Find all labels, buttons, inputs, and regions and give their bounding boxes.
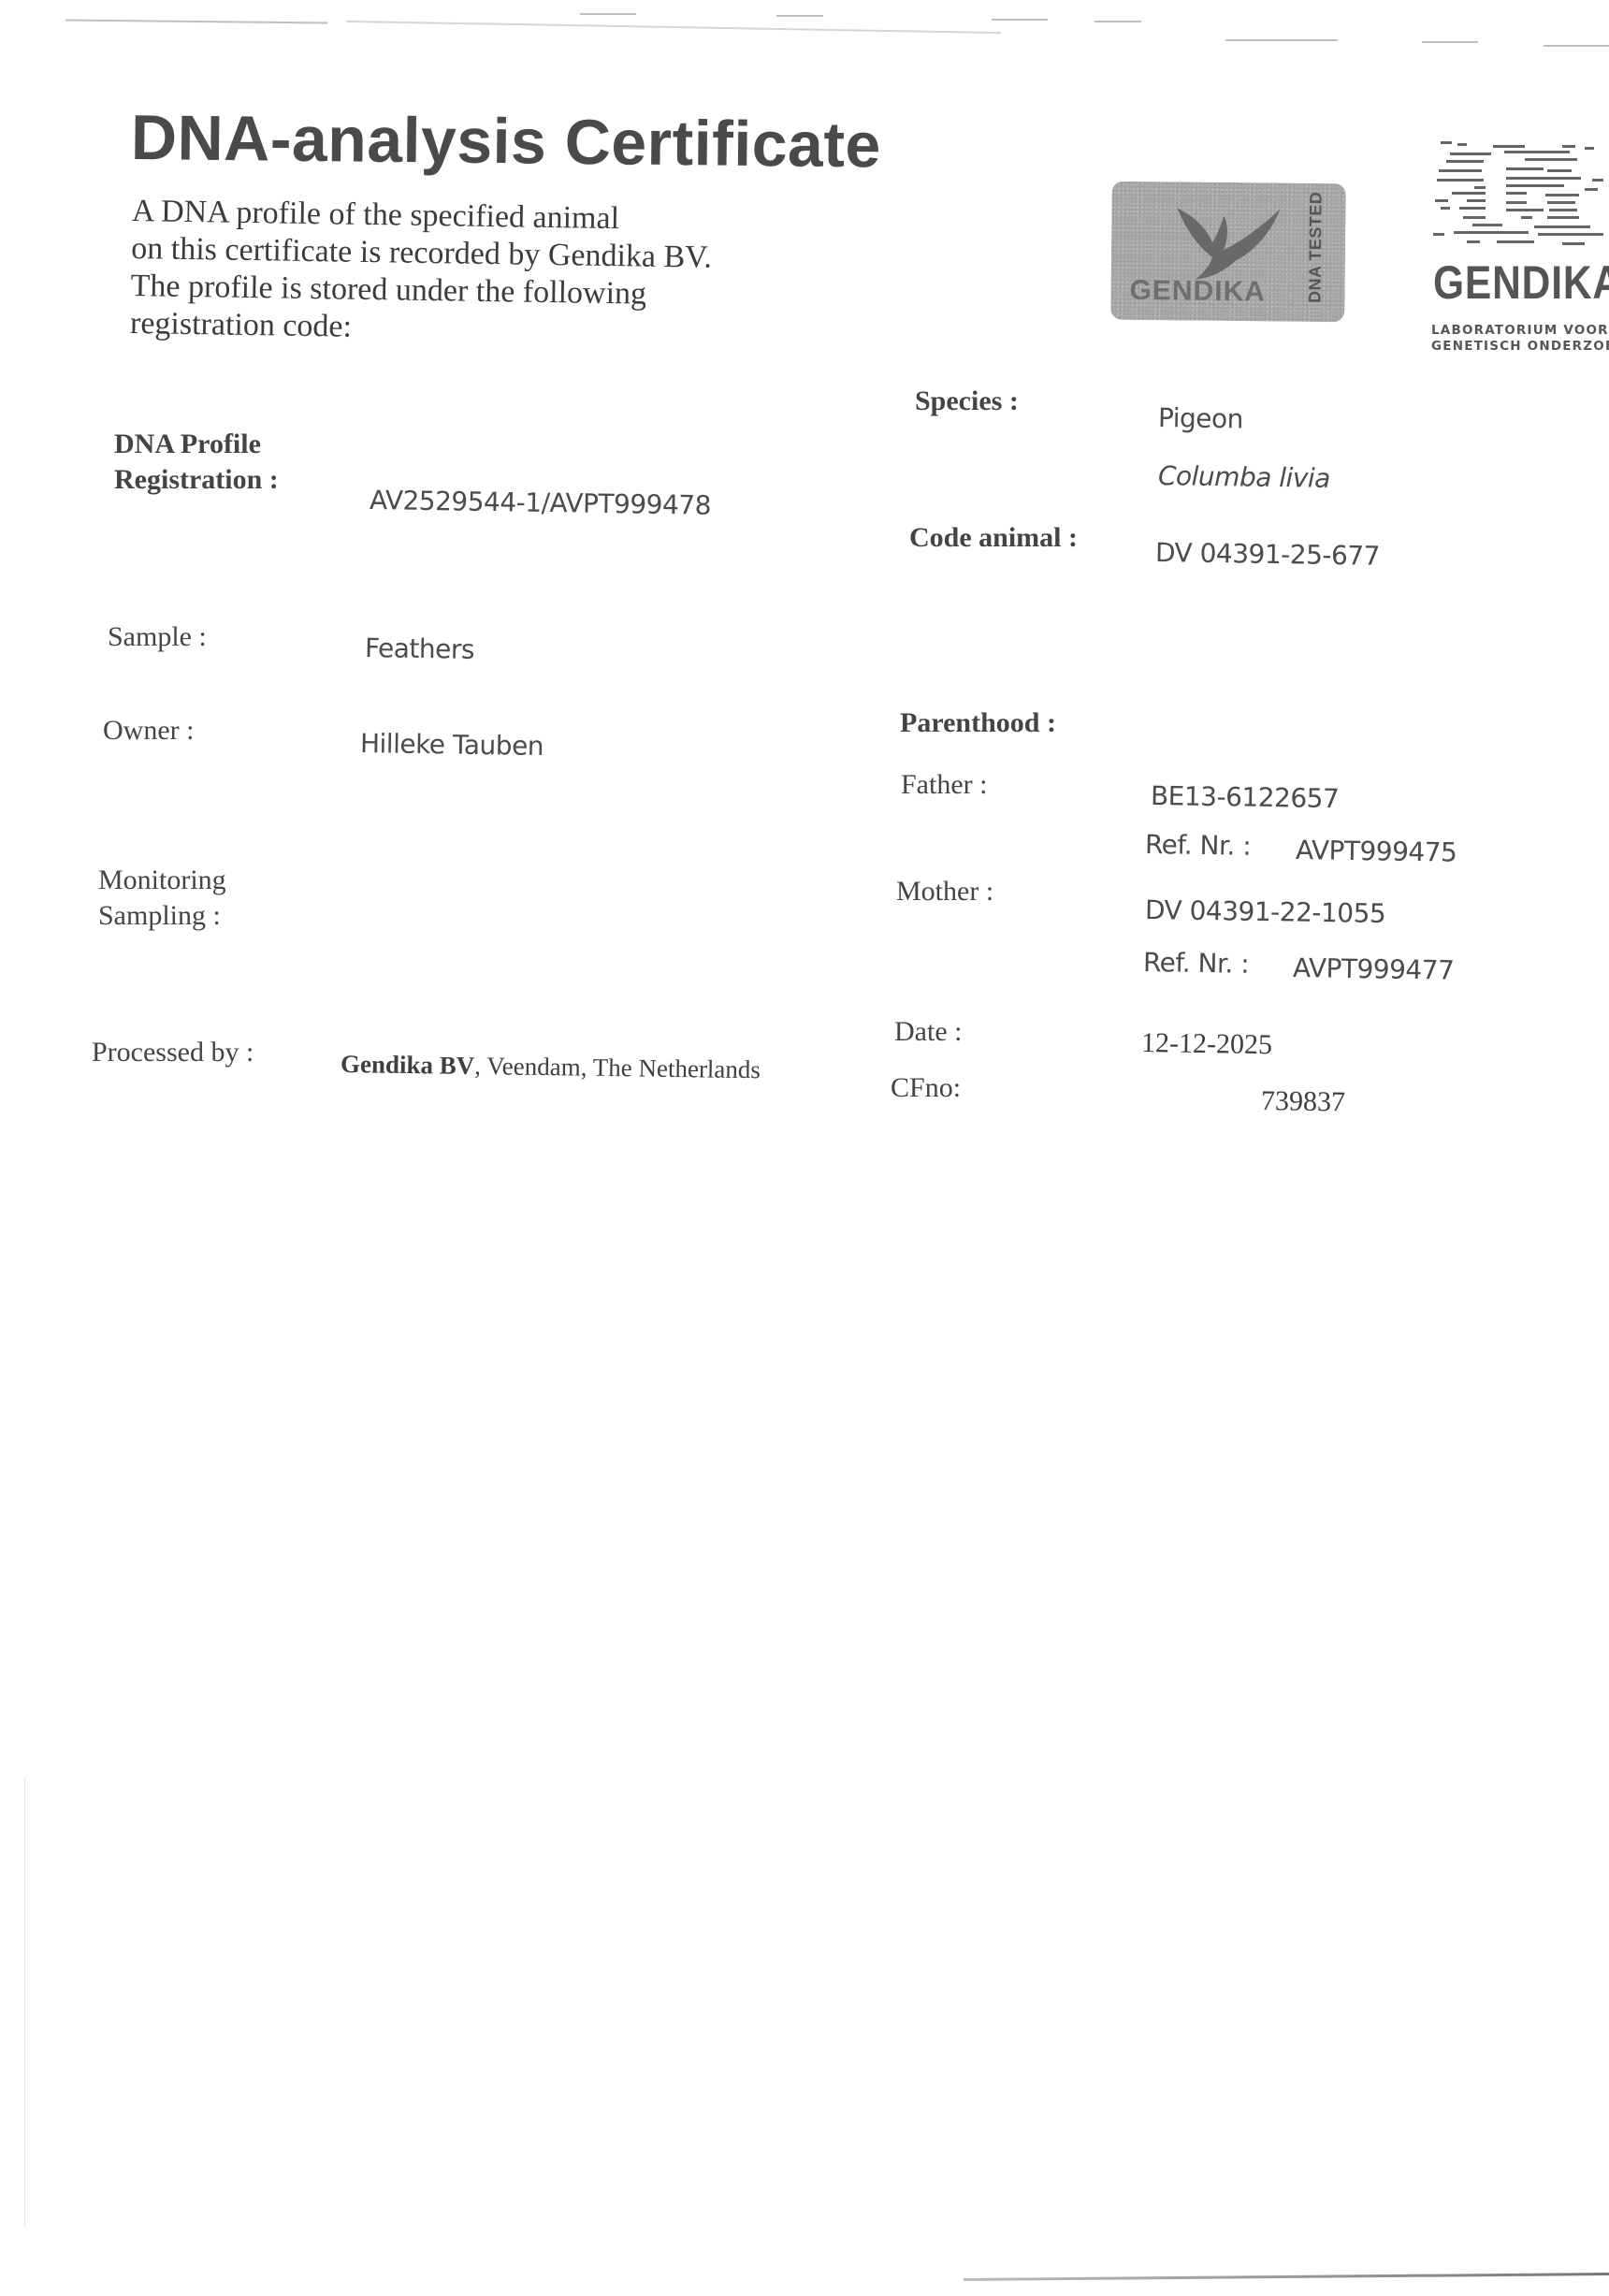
mother-value: DV 04391-22-1055 [1145,894,1386,929]
gendika-logo: GENDIKA LABORATORIUM VOOR GENETISCH ONDE… [1422,136,1609,370]
species-common-value: Pigeon [1158,402,1243,434]
certificate-title: DNA-analysis Certificate [131,101,882,182]
species-latin-value: Columba livia [1158,460,1330,494]
parenthood-label: Parenthood : [900,705,1056,741]
code-animal-label: Code animal : [909,520,1078,556]
monitoring-label-line: Sampling : [98,898,226,934]
date-label: Date : [894,1014,962,1050]
cfno-value: 739837 [1261,1085,1346,1118]
processor-name: Gendika BV [341,1050,475,1080]
father-ref-value: AVPT999475 [1296,835,1457,868]
processed-by-label: Processed by : [92,1035,254,1070]
cfno-label: CFno: [891,1070,961,1106]
mother-ref-value: AVPT999477 [1293,952,1455,986]
intro-paragraph: A DNA profile of the specified animal on… [130,193,805,353]
dna-letters-logo-icon [1431,136,1609,248]
registration-label: DNA Profile Registration : [114,427,279,498]
badge-tag: DNA TESTED [1305,192,1326,304]
logo-subtitle-line: LABORATORIUM VOOR [1431,323,1609,339]
logo-subtitle-line: GENETISCH ONDERZOEK [1431,339,1609,355]
mother-ref-label: Ref. Nr. : [1143,947,1250,980]
code-animal-value: DV 04391-25-677 [1155,537,1380,572]
scan-artifact-bottom [964,2273,1609,2281]
date-value: 12-12-2025 [1141,1027,1273,1061]
father-label: Father : [901,767,987,803]
owner-value: Hilleke Tauben [360,728,544,762]
processed-by-value: Gendika BV, Veendam, The Netherlands [341,1050,761,1084]
dna-tested-badge: GENDIKA DNA TESTED [1110,182,1346,323]
registration-value: AV2529544-1/AVPT999478 [370,485,711,521]
badge-brand: GENDIKA [1129,275,1266,309]
logo-subtitle: LABORATORIUM VOOR GENETISCH ONDERZOEK [1431,323,1609,355]
scan-edge [24,1778,25,2227]
processor-location: , Veendam, The Netherlands [474,1052,761,1083]
owner-label: Owner : [103,713,194,748]
monitoring-label-line: Monitoring [98,863,226,898]
pigeon-icon [1167,198,1290,283]
scan-artifact-top [65,7,1609,45]
mother-label: Mother : [896,874,993,909]
species-label: Species : [915,384,1019,419]
father-value: BE13-6122657 [1151,780,1340,814]
father-ref-label: Ref. Nr. : [1145,829,1252,862]
registration-label-line: Registration : [114,462,279,498]
logo-name: GENDIKA [1433,255,1609,310]
monitoring-sampling-label: Monitoring Sampling : [98,863,226,934]
sample-value: Feathers [365,632,475,665]
sample-label: Sample : [108,619,207,655]
registration-label-line: DNA Profile [114,427,279,462]
